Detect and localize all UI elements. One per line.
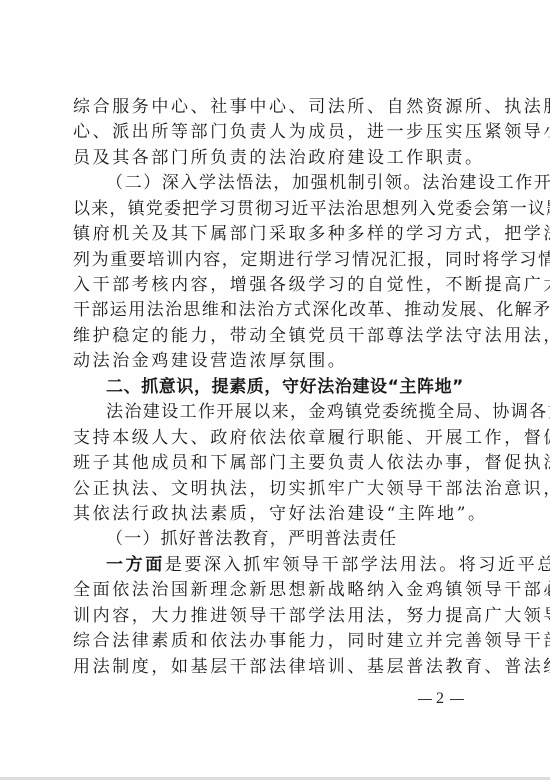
text-line: 心、派出所等部门负责人为成员，进一步压实压紧领导小组成	[73, 120, 479, 145]
text-line: 综合法律素质和依法办事能力，同时建立并完善领导干部学法	[73, 629, 479, 654]
text-line: 维护稳定的能力，带动全镇党员干部尊法学法守法用法，为推	[73, 324, 479, 349]
text-span: 是要深入抓牢领导干部学法用法。将习近平总书记	[165, 555, 550, 575]
text-line: 动法治金鸡建设营造浓厚氛围。	[73, 349, 479, 374]
text-line: 以来，镇党委把学习贯彻习近平法治思想列入党委会第一议题，	[73, 197, 479, 222]
text-line: 入干部考核内容，增强各级学习的自觉性，不断提高广大领导	[73, 273, 479, 298]
page-number-value: 2	[436, 690, 446, 707]
text-line: 干部运用法治思维和法治方式深化改革、推动发展、化解矛盾、	[73, 298, 479, 323]
text-line: 综合服务中心、社事中心、司法所、自然资源所、执法服务中	[73, 95, 479, 120]
text-line: 训内容，大力推进领导干部学法用法，努力提高广大领导干部	[73, 604, 479, 629]
dash-left	[418, 699, 432, 701]
text-line: 用法制度，如基层干部法律培训、基层普法教育、普法经费保	[73, 655, 479, 680]
text-line: 镇府机关及其下属部门采取多种多样的学习方式，把学法计划	[73, 222, 479, 247]
text-line: 班子其他成员和下属部门主要负责人依法办事，督促执法部门	[73, 451, 479, 476]
section-heading: 二、抓意识，提素质，守好法治建设“主阵地”	[106, 375, 479, 400]
subsection-heading: （一）抓好普法教育，严明普法责任	[106, 527, 479, 552]
text-line: 公正执法、文明执法，切实抓牢广大领导干部法治意识，提高	[73, 477, 479, 502]
text-line: 其依法行政执法素质，守好法治建设“主阵地”。	[73, 502, 479, 527]
text-line: 列为重要培训内容，定期进行学习情况汇报，同时将学习情况纳	[73, 248, 479, 273]
text-line: 全面依法治国新理念新思想新战略纳入金鸡镇领导干部必学必	[73, 578, 479, 603]
subsection-2-lead-line: （二）深入学法悟法，加强机制引领。法治建设工作开展	[106, 171, 479, 196]
dash-right	[450, 699, 464, 701]
text-line: 法治建设工作开展以来，金鸡镇党委统揽全局、协调各方，	[106, 400, 479, 425]
text-line: 员及其各部门所负责的法治政府建设工作职责。	[73, 146, 479, 171]
text-line: 支持本级人大、政府依法依章履行职能、开展工作，督促领导	[73, 426, 479, 451]
document-page: 综合服务中心、社事中心、司法所、自然资源所、执法服务中 心、派出所等部门负责人为…	[0, 0, 550, 777]
text-line: 一方面是要深入抓牢领导干部学法用法。将习近平总书记	[106, 553, 479, 578]
page-number: 2	[414, 689, 468, 709]
lead-phrase: 一方面	[106, 555, 165, 575]
